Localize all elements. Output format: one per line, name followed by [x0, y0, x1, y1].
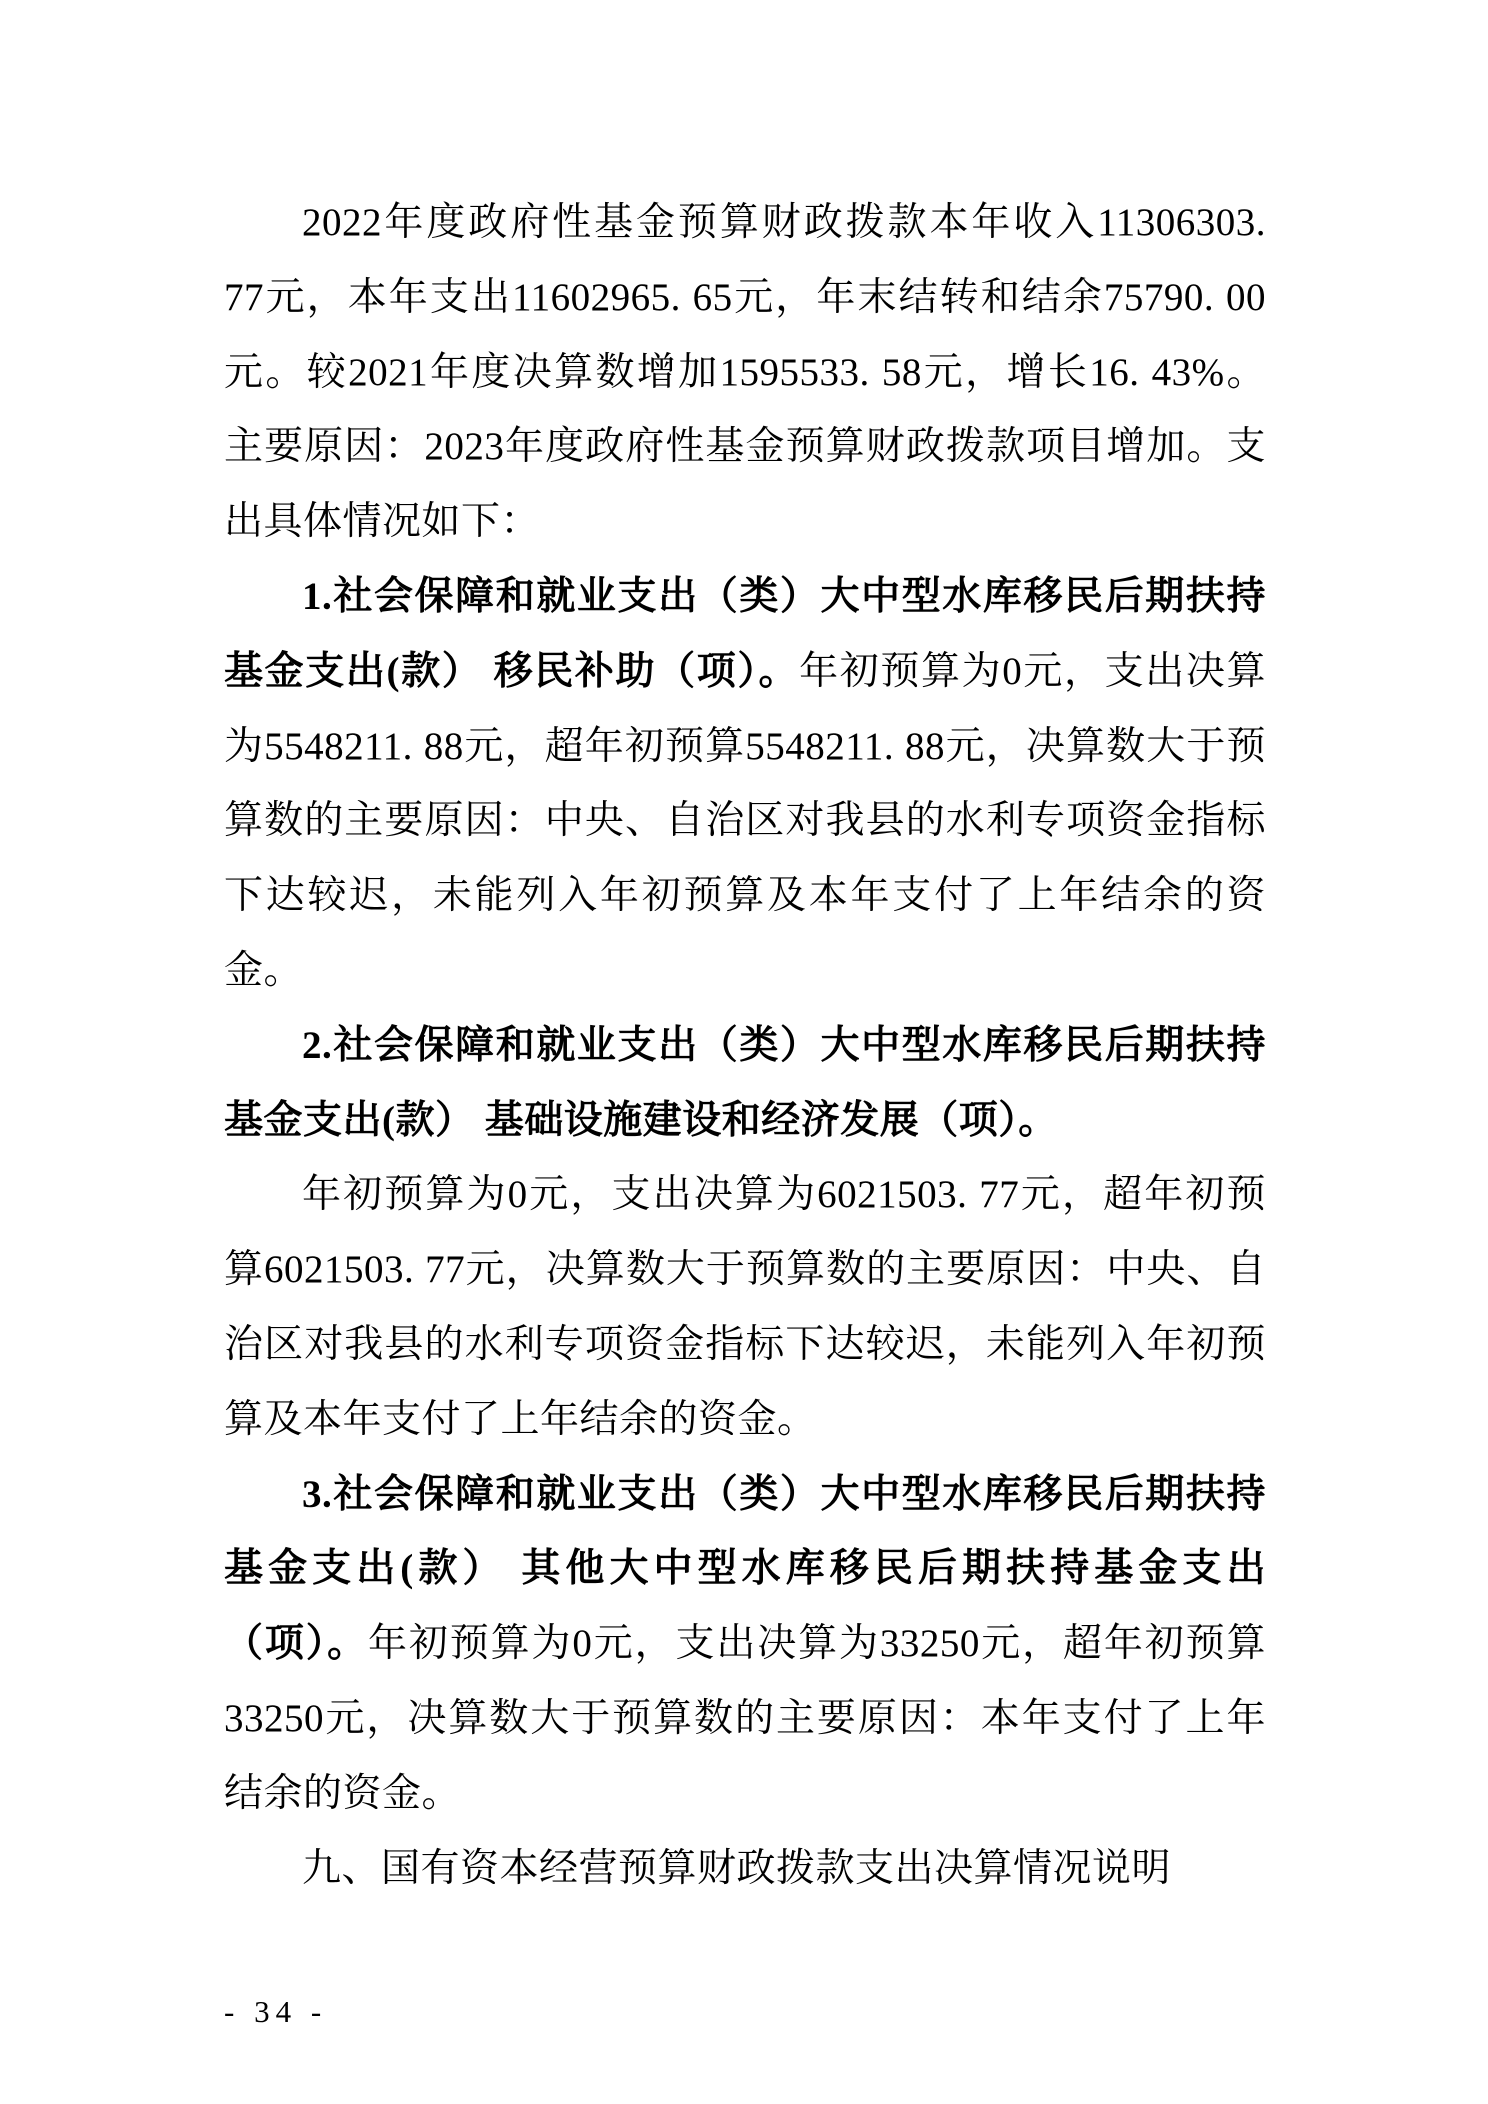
paragraph-item-2-heading: 2.社会保障和就业支出（类）大中型水库移民后期扶持基金支出(款） 基础设施建设和… — [224, 1009, 1266, 1159]
body-text-segment: 年初预算为0元，支出决算为6021503. 77元，超年初预算6021503. … — [224, 1173, 1266, 1440]
heading-text-segment: 2.社会保障和就业支出（类）大中型水库移民后期扶持基金支出(款） 基础设施建设和… — [224, 1024, 1266, 1142]
body-text-segment: 九、国有资本经营预算财政拨款支出决算情况说明 — [302, 1847, 1171, 1890]
body-text-segment: 年初预算为0元，支出决算为33250元，超年初预算33250元，决算数大于预算数… — [224, 1622, 1266, 1815]
paragraph-item-1: 1.社会保障和就业支出（类）大中型水库移民后期扶持基金支出(款） 移民补助（项）… — [224, 560, 1266, 1009]
paragraph-item-3: 3.社会保障和就业支出（类）大中型水库移民后期扶持基金支出(款） 其他大中型水库… — [224, 1458, 1266, 1832]
document-body: 2022年度政府性基金预算财政拨款本年收入11306303. 77元，本年支出1… — [224, 186, 1266, 1906]
paragraph-item-2-body: 年初预算为0元，支出决算为6021503. 77元，超年初预算6021503. … — [224, 1158, 1266, 1457]
body-text-segment: 年初预算为0元，支出决算为5548211. 88元，超年初预算5548211. … — [224, 650, 1266, 992]
body-text-segment: 2022年度政府性基金预算财政拨款本年收入11306303. 77元，本年支出1… — [224, 201, 1266, 543]
paragraph-section-9-heading: 九、国有资本经营预算财政拨款支出决算情况说明 — [224, 1832, 1266, 1907]
document-page: 2022年度政府性基金预算财政拨款本年收入11306303. 77元，本年支出1… — [0, 0, 1488, 2104]
paragraph-govfund-summary: 2022年度政府性基金预算财政拨款本年收入11306303. 77元，本年支出1… — [224, 186, 1266, 560]
page-number: - 34 - — [224, 1994, 327, 2030]
